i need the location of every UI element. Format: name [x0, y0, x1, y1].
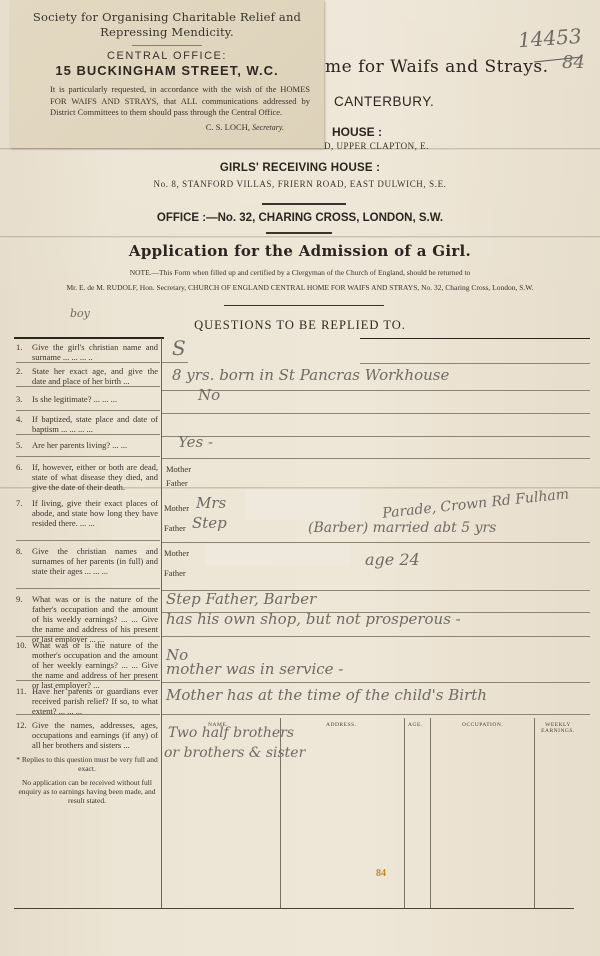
central-office-label: CENTRAL OFFICE: [10, 50, 324, 62]
father-label: Father [166, 478, 188, 488]
answer-line [162, 636, 590, 637]
answer-line [162, 682, 590, 683]
answer-2: 8 yrs. born in St Pancras Workhouse [172, 366, 449, 384]
question-7: 7. If living, give their exact places of… [16, 498, 158, 528]
house-label: HOUSE : [332, 125, 382, 139]
answer-line [162, 413, 590, 414]
secretary-signature: C. S. LOCH, Secretary. [10, 122, 284, 132]
column-divider [280, 718, 281, 908]
answer-12-line1: Two half brothers [168, 725, 294, 741]
answer-12-line2: or brothers & sister [164, 745, 305, 761]
row-divider [16, 410, 160, 411]
answer-8-age: age 24 [365, 550, 420, 569]
answer-7-marriage: (Barber) married abt 5 yrs [308, 520, 496, 536]
answer-line [162, 542, 590, 543]
answer-1: S [172, 336, 186, 360]
question-10: 10. What was or is the nature of the mot… [16, 640, 158, 690]
office-address: OFFICE :—No. 32, CHARING CROSS, LONDON, … [0, 212, 600, 224]
girls-house-label: GIRLS' RECEIVING HOUSE : [0, 162, 600, 174]
answer-9-line1: Step Father, Barber [166, 590, 316, 608]
divider [132, 45, 202, 46]
form-note-line2: Mr. E. de M. RUDOLF, Hon. Secretary, CHU… [0, 283, 600, 292]
question-2: 2. State her exact age, and give the dat… [16, 366, 158, 386]
divider [262, 203, 346, 205]
row-divider [16, 456, 160, 457]
redacted-area [245, 490, 360, 520]
header-occupation: OCCUPATION. [462, 722, 503, 728]
row-divider [16, 362, 160, 363]
reference-sub-number: 84 [562, 52, 585, 73]
mother-label: Mother [166, 464, 191, 474]
question-11: 11. Have her parents or guardians ever r… [16, 686, 158, 716]
row-divider [16, 714, 160, 715]
column-divider [161, 338, 162, 908]
header-weekly-earnings: WEEKLY EARNINGS. [538, 722, 578, 734]
column-divider [430, 718, 431, 908]
paper-fold [0, 148, 600, 151]
attached-slip: Society for Organising Charitable Relief… [10, 0, 324, 148]
answer-7-mother: Mrs [196, 494, 226, 512]
answer-line [162, 612, 590, 613]
questions-heading: QUESTIONS TO BE REPLIED TO. [0, 318, 600, 333]
slip-address: 15 BUCKINGHAM STREET, W.C. [10, 63, 324, 78]
answer-line [162, 458, 590, 459]
answer-line [162, 362, 188, 363]
column-divider [404, 718, 405, 908]
row-divider [16, 540, 160, 541]
question-4: 4. If baptized, state place and date of … [16, 414, 158, 434]
answer-3: No [198, 386, 220, 404]
answer-7-address: Parade, Crown Rd Fulham [382, 486, 570, 522]
girls-house-address: No. 8, STANFORD VILLAS, FRIERN ROAD, EAS… [0, 179, 600, 189]
house-address: D, UPPER CLAPTON, E. [324, 141, 429, 151]
answer-line [162, 436, 590, 437]
ink-stamp: 84 [376, 868, 386, 879]
answer-10-line2: mother was in service - [166, 660, 343, 678]
question-3: 3. Is she legitimate? ... ... ... [16, 394, 158, 404]
divider [224, 305, 384, 306]
answer-5: Yes - [178, 433, 213, 451]
handwritten-correction: boy [70, 307, 90, 320]
answer-line [162, 714, 590, 715]
father-label: Father [164, 568, 186, 578]
table-bottom-border [14, 908, 574, 909]
row-divider [16, 636, 160, 637]
column-divider [534, 718, 535, 908]
question-12: 12. Give the names, addresses, ages, occ… [16, 720, 158, 805]
table-border [360, 338, 590, 339]
mother-label: Mother [164, 503, 189, 513]
diocese-label: CANTERBURY. [334, 94, 434, 109]
answer-11: Mother has at the time of the child's Bi… [166, 686, 487, 704]
table-border [14, 337, 164, 339]
row-divider [16, 434, 160, 435]
society-name: Society for Organising Charitable Relief… [10, 10, 324, 40]
form-title: Application for the Admission of a Girl. [0, 242, 600, 260]
redacted-area [205, 544, 350, 566]
slip-notice: It is particularly requested, in accorda… [50, 84, 310, 119]
reference-number: 14453 [517, 24, 582, 52]
answer-line [360, 363, 590, 364]
mother-label: Mother [164, 548, 189, 558]
header-address: ADDRESS. [326, 722, 356, 728]
header-age: AGE. [408, 722, 423, 728]
form-note-line1: NOTE.—This Form when filled up and certi… [0, 268, 600, 277]
row-divider [16, 386, 160, 387]
question-8: 8. Give the christian names and surnames… [16, 546, 158, 576]
father-label: Father [164, 523, 186, 533]
question-5: 5. Are her parents living? ... ... [16, 440, 158, 450]
divider [266, 232, 332, 234]
answer-7-father: Step [192, 514, 227, 532]
document-page: Society for Organising Charitable Relief… [0, 0, 600, 956]
question-1: 1. Give the girl's christian name and su… [16, 342, 158, 362]
row-divider [16, 588, 160, 589]
row-divider [16, 680, 160, 681]
question-6: 6. If, however, either or both are dead,… [16, 462, 158, 492]
answer-line [162, 390, 590, 391]
home-title: me for Waifs and Strays. [325, 57, 548, 77]
paper-fold [0, 236, 600, 239]
